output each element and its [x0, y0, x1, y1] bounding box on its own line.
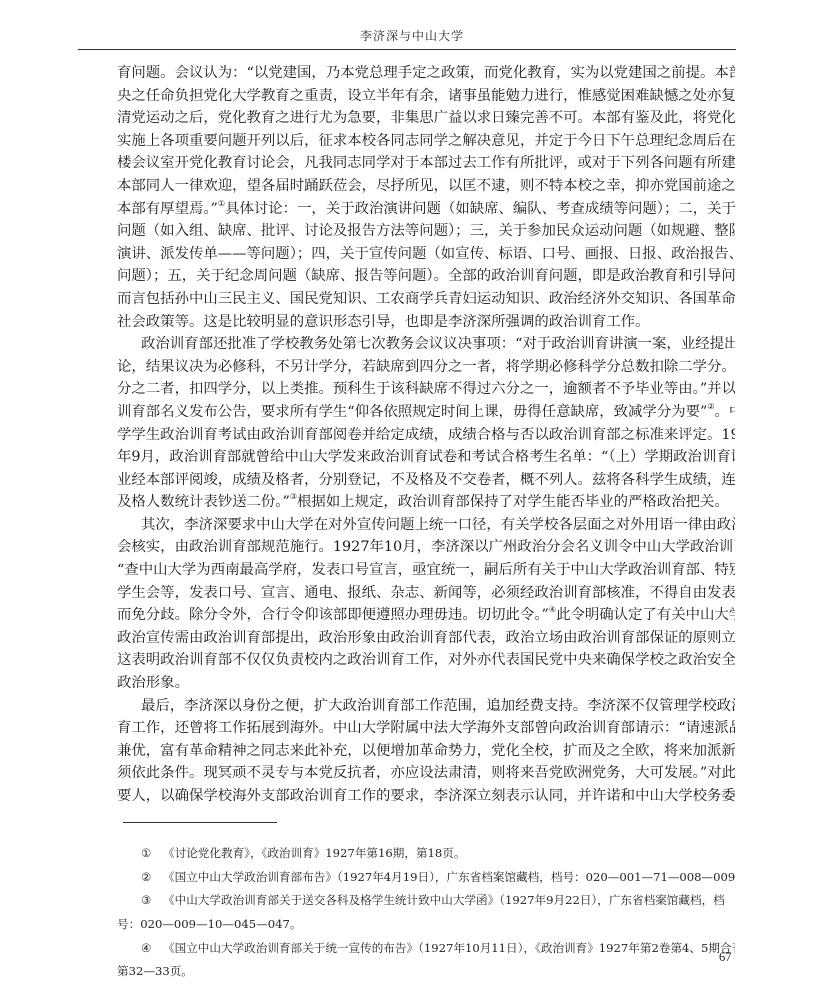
footnote-item: ①《讨论党化教育》，《政治训育》1927年第16期，第18页。	[117, 842, 735, 866]
body-line-text-continued: 具体讨论：一，关于政治演讲问题（如缺席、编队、考查成绩等问题）；二，关于小组会议	[225, 201, 735, 217]
body-line-text: 年9月，政治训育部就曾给中山大学发来政治训育试卷和考试合格考生名单：“（上）学期…	[117, 449, 735, 465]
body-line: 及格人数统计表钞送二份。”③根据如上规定，政治训育部保持了对学生能否毕业的严格政…	[117, 491, 735, 514]
body-line: 政治训育部还批准了学校教务处第七次教务会议议决事项：“对于政治训育讲演一案，业经…	[117, 333, 735, 356]
footnote-number: ①	[141, 842, 163, 866]
body-line-text: 问题（如入组、缺席、批评、讨论及报告方法等问题）；三，关于参加民众运动问题（如规…	[117, 223, 735, 239]
body-line: 论，结果议决为必修科，不另计学分，若缺席到四分之一者，将学期必修科学分总数扣除二…	[117, 356, 735, 379]
body-line-text-continued: 此令明确认定了有关中山大学之	[556, 607, 735, 623]
running-header-title: 李济深与中山大学	[0, 27, 824, 44]
body-line-text: 本部同人一律欢迎，望各届时踊跃莅会，尽抒所见，以匡不逮，则不特本校之幸，抑亦党国…	[117, 178, 735, 194]
footnote-reference[interactable]: ④	[549, 605, 556, 614]
body-line: 分之二者，扣四学分，以上类推。预科生于该科缺席不得过六分之一，逾额者不予毕业等由…	[117, 378, 735, 401]
body-line: 本部有厚望焉。”①具体讨论：一，关于政治演讲问题（如缺席、编队、考查成绩等问题）…	[117, 198, 735, 221]
body-line: 训育部名义发布公告，要求所有学生“仰各依照规定时间上课，毋得任意缺席，致减学分为…	[117, 401, 735, 424]
body-line-text: 训育部名义发布公告，要求所有学生“仰各依照规定时间上课，毋得任意缺席，致减学分为…	[117, 404, 707, 420]
footnote-reference[interactable]: ②	[707, 402, 714, 411]
body-line: “查中山大学为西南最高学府，发表口号宣言，亟宜统一，嗣后所有关于中山大学政治训育…	[117, 559, 735, 582]
page-number: 67	[719, 950, 732, 965]
body-line-text: 而免分歧。除分令外，合行令仰该部即便遵照办理毋违。切切此令。”	[117, 607, 549, 623]
body-line-text: 育问题。会议认为：“以党建国，乃本党总理手定之政策，而党化教育，实为以党建国之前…	[117, 65, 735, 81]
body-line-text: 这表明政治训育部不仅仅负责校内之政治训育工作，对外亦代表国民党中央来确保学校之政…	[117, 652, 735, 668]
body-line: 而言包括孙中山三民主义、国民党知识、工农商学兵青妇运动知识、政治经济外交知识、各…	[117, 288, 735, 311]
body-line-text: 政治形象。	[117, 675, 189, 691]
body-line-text: 本部有厚望焉。”	[117, 201, 218, 217]
footnote-text: 《中山大学政治训育部关于送交各科及格学生统计致中山大学函》（1927年9月22日…	[163, 893, 725, 907]
footnote-text: 《国立中山大学政治训育部布告》（1927年4月19日），广东省档案馆藏档，档号：…	[163, 870, 735, 884]
body-line-text: 实施上各项重要问题开列以后，征求本校各同志同学之解决意见，并定于今日下午总理纪念…	[117, 133, 735, 149]
footnote-text: 《国立中山大学政治训育部关于统一宣传的布告》（1927年10月11日），《政治训…	[163, 941, 735, 955]
body-line: 问题）；五，关于纪念周问题（缺席、报告等问题）。全部的政治训育问题，即是政治教育…	[117, 265, 735, 288]
footnote-item: ④《国立中山大学政治训育部关于统一宣传的布告》（1927年10月11日），《政治…	[117, 937, 735, 961]
body-line-text: 学生会等，发表口号、宣言、通电、报纸、杂志、新闻等，必须经政治训育部核准，不得自…	[117, 585, 735, 601]
body-line: 社会政策等。这是比较明显的意识形态引导，也即是李济深所强调的政治训育工作。	[117, 311, 735, 334]
body-line-text: 分之二者，扣四学分，以上类推。预科生于该科缺席不得过六分之一，逾额者不予毕业等由…	[117, 381, 735, 397]
body-line: 演讲、派发传单——等问题）；四，关于宣传问题（如宣传、标语、口号、画报、日报、政…	[117, 243, 735, 266]
body-line-text: 要人，以确保学校海外支部政治训育工作的要求，李济深立刻表示认同，并许诺和中山大学…	[117, 788, 735, 804]
body-line: 业经本部评阅竣，成绩及格者，分别登记，不及格及不交卷者，概不列人。兹将各科学生成…	[117, 469, 735, 492]
footnote-text-continued: 号：020—009—10—045—047。	[117, 913, 735, 937]
body-line-text: 论，结果议决为必修科，不另计学分，若缺席到四分之一者，将学期必修科学分总数扣除二…	[117, 359, 735, 375]
body-line-text: 政治宣传需由政治训育部提出，政治形象由政治训育部代表，政治立场由政治训育部保证的…	[117, 630, 735, 646]
body-line: 须依此条件。现冥顽不灵专与本党反抗者，亦应设法肃清，则将来吾党欧洲党务，大可发展…	[117, 762, 735, 785]
body-line: 本部同人一律欢迎，望各届时踊跃莅会，尽抒所见，以匡不逮，则不特本校之幸，抑亦党国…	[117, 175, 735, 198]
body-line-text: 问题）；五，关于纪念周问题（缺席、报告等问题）。全部的政治训育问题，即是政治教育…	[117, 268, 735, 284]
body-line-text: 学学生政治训育考试由政治训育部阅卷并给定成绩，成绩合格与否以政治训育部之标准来评…	[117, 427, 735, 443]
body-line: 央之任命负担党化大学教育之重责，设立半年有余，诸事虽能勉力进行，惟感觉困难缺憾之…	[117, 85, 735, 108]
body-line: 育问题。会议认为：“以党建国，乃本党总理手定之政策，而党化教育，实为以党建国之前…	[117, 62, 735, 85]
footnote-reference[interactable]: ①	[218, 199, 225, 208]
body-line-text: 演讲、派发传单——等问题）；四，关于宣传问题（如宣传、标语、口号、画报、日报、政…	[117, 246, 735, 262]
body-line: 政治形象。	[117, 672, 735, 695]
footnote-number: ③	[141, 889, 163, 913]
body-line-text: 业经本部评阅竣，成绩及格者，分别登记，不及格及不交卷者，概不列人。兹将各科学生成…	[117, 472, 735, 488]
body-line-text: 楼会议室开党化教育讨论会，凡我同志同学对于本部过去工作有所批评，或对于下列各问题…	[117, 155, 735, 171]
body-line-text: 及格人数统计表钞送二份。”	[117, 494, 290, 510]
footnote-item: ②《国立中山大学政治训育部布告》（1927年4月19日），广东省档案馆藏档，档号…	[117, 866, 735, 890]
body-line: 而免分歧。除分令外，合行令仰该部即便遵照办理毋违。切切此令。”④此令明确认定了有…	[117, 604, 735, 627]
body-line: 这表明政治训育部不仅仅负责校内之政治训育工作，对外亦代表国民党中央来确保学校之政…	[117, 649, 735, 672]
body-line: 最后，李济深以身份之便，扩大政治训育部工作范围，追加经费支持。李济深不仅管理学校…	[117, 695, 735, 718]
body-line-text: 须依此条件。现冥顽不灵专与本党反抗者，亦应设法肃清，则将来吾党欧洲党务，大可发展…	[117, 765, 735, 781]
footnote-number: ②	[141, 866, 163, 890]
body-line: 政治宣传需由政治训育部提出，政治形象由政治训育部代表，政治立场由政治训育部保证的…	[117, 627, 735, 650]
body-line: 会核实，由政治训育部规范施行。1927年10月，李济深以广州政治分会名义训令中山…	[117, 536, 735, 559]
body-line-text: 而言包括孙中山三民主义、国民党知识、工农商学兵青妇运动知识、政治经济外交知识、各…	[117, 291, 735, 307]
body-line-text: 最后，李济深以身份之便，扩大政治训育部工作范围，追加经费支持。李济深不仅管理学校…	[141, 698, 735, 714]
footnote-text: 《讨论党化教育》，《政治训育》1927年第16期，第18页。	[163, 846, 465, 860]
body-line: 问题（如入组、缺席、批评、讨论及报告方法等问题）；三，关于参加民众运动问题（如规…	[117, 220, 735, 243]
footnote-text-continued: 第32—33页。	[117, 960, 735, 984]
body-line: 年9月，政治训育部就曾给中山大学发来政治训育试卷和考试合格考生名单：“（上）学期…	[117, 446, 735, 469]
body-line-text: 央之任命负担党化大学教育之重责，设立半年有余，诸事虽能勉力进行，惟感觉困难缺憾之…	[117, 88, 735, 104]
body-line-text-continued: 。中山大	[715, 404, 735, 420]
body-line: 实施上各项重要问题开列以后，征求本校各同志同学之解决意见，并定于今日下午总理纪念…	[117, 130, 735, 153]
body-line-text: “查中山大学为西南最高学府，发表口号宣言，亟宜统一，嗣后所有关于中山大学政治训育…	[117, 562, 735, 578]
body-line-text: 其次，李济深要求中山大学在对外宣传问题上统一口径，有关学校各层面之对外用语一律由…	[141, 517, 735, 533]
body-line: 育工作，还曾将工作拓展到海外。中山大学附属中法大学海外支部曾向政治训育部请示：“…	[117, 717, 735, 740]
body-line: 学生会等，发表口号、宣言、通电、报纸、杂志、新闻等，必须经政治训育部核准，不得自…	[117, 582, 735, 605]
body-line: 清党运动之后，党化教育之进行尤为急要，非集思广益以求日臻完善不可。本部有鉴及此，…	[117, 107, 735, 130]
body-line: 楼会议室开党化教育讨论会，凡我同志同学对于本部过去工作有所批评，或对于下列各问题…	[117, 152, 735, 175]
footnote-number: ④	[141, 937, 163, 961]
header-rule	[78, 49, 736, 50]
body-line-text: 社会政策等。这是比较明显的意识形态引导，也即是李济深所强调的政治训育工作。	[117, 314, 649, 330]
footnote-item: ③《中山大学政治训育部关于送交各科及格学生统计致中山大学函》（1927年9月22…	[117, 889, 735, 913]
body-line: 学学生政治训育考试由政治训育部阅卷并给定成绩，成绩合格与否以政治训育部之标准来评…	[117, 424, 735, 447]
body-line-text-continued: 根据如上规定，政治训育部保持了对学生能否毕业的严格政治把关。	[297, 494, 729, 510]
footnote-divider	[123, 822, 277, 823]
body-line-text: 育工作，还曾将工作拓展到海外。中山大学附属中法大学海外支部曾向政治训育部请示：“…	[117, 720, 735, 736]
body-line-text: 政治训育部还批准了学校教务处第七次教务会议议决事项：“对于政治训育讲演一案，业经…	[141, 336, 735, 352]
body-line: 要人，以确保学校海外支部政治训育工作的要求，李济深立刻表示认同，并许诺和中山大学…	[117, 785, 735, 808]
footnotes: ①《讨论党化教育》，《政治训育》1927年第16期，第18页。②《国立中山大学政…	[117, 842, 735, 984]
body-line: 兼优，富有革命精神之同志来此补充，以便增加革命势力，党化全校，扩而及之全欧，将来…	[117, 740, 735, 763]
body-line-text: 兼优，富有革命精神之同志来此补充，以便增加革命势力，党化全校，扩而及之全欧，将来…	[117, 743, 735, 759]
body-text: 育问题。会议认为：“以党建国，乃本党总理手定之政策，而党化教育，实为以党建国之前…	[117, 62, 735, 808]
body-line: 其次，李济深要求中山大学在对外宣传问题上统一口径，有关学校各层面之对外用语一律由…	[117, 514, 735, 537]
body-line-text: 清党运动之后，党化教育之进行尤为急要，非集思广益以求日臻完善不可。本部有鉴及此，…	[117, 110, 735, 126]
body-line-text: 会核实，由政治训育部规范施行。1927年10月，李济深以广州政治分会名义训令中山…	[117, 539, 735, 555]
footnote-reference[interactable]: ③	[290, 492, 297, 501]
